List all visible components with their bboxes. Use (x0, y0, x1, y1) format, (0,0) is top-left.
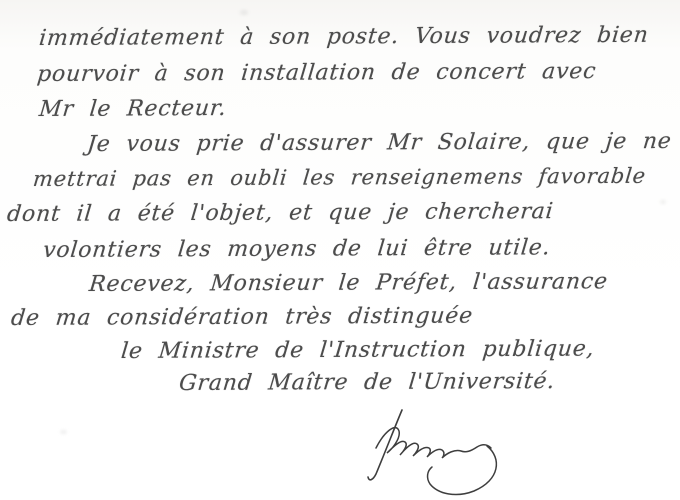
letter-line-7: volontiers les moyens de lui être utile. (42, 237, 551, 262)
letter-line-10: le Ministre de l'Instruction publique, (120, 339, 595, 363)
letter-line-6: dont il a été l'objet, et que je cherche… (6, 201, 555, 226)
scan-smudge (60, 430, 67, 434)
letter-line-2: pourvoir à son installation de concert a… (36, 61, 597, 86)
scan-smudge (660, 200, 666, 204)
scan-smudge (240, 10, 248, 15)
signature-scrawl (332, 398, 562, 498)
letter-line-1: immédiatement à son poste. Vous voudrez … (38, 25, 650, 50)
letter-line-3: Mr le Recteur. (38, 98, 228, 121)
letter-line-5: mettrai pas en oubli les renseignemens f… (32, 166, 647, 190)
letter-line-11: Grand Maître de l'Université. (178, 371, 556, 395)
signature: Villemain (332, 398, 562, 498)
letter-line-8: Recevez, Monsieur le Préfet, l'assurance (88, 271, 609, 296)
letter-line-4: Je vous prie d'assurer Mr Solaire, que j… (86, 131, 673, 156)
letter-page: immédiatement à son poste. Vous voudrez … (0, 0, 680, 500)
letter-line-9: de ma considération très distinguée (10, 306, 474, 330)
